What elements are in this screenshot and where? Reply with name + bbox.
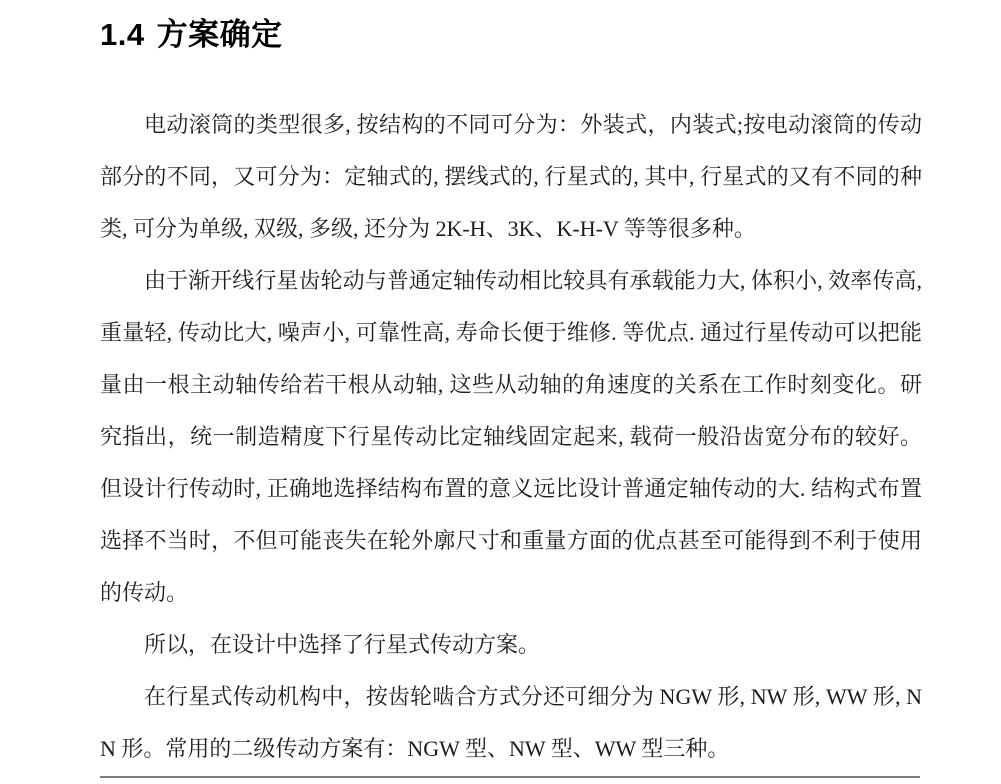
paragraph-drum-types: 电动滚筒的类型很多, 按结构的不同可分为：外装式，内装式;按电动滚筒的传动部分的… [100, 99, 922, 255]
section-heading: 1.4方案确定 [100, 16, 922, 53]
document-page: 1.4方案确定 电动滚筒的类型很多, 按结构的不同可分为：外装式，内装式;按电动… [0, 0, 1001, 784]
footnote-separator-line [100, 776, 920, 778]
paragraph-gear-mesh-types: 在行星式传动机构中，按齿轮啮合方式分还可细分为 NGW 形, NW 形, WW … [100, 671, 922, 775]
paragraph-planetary-advantages: 由于渐开线行星齿轮动与普通定轴传动相比较具有承载能力大, 体积小, 效率传高, … [100, 255, 922, 619]
document-content: 1.4方案确定 电动滚筒的类型很多, 按结构的不同可分为：外装式，内装式;按电动… [100, 0, 922, 775]
section-number: 1.4 [100, 17, 145, 52]
paragraph-conclusion: 所以，在设计中选择了行星式传动方案。 [100, 619, 922, 671]
section-title: 方案确定 [157, 17, 283, 52]
